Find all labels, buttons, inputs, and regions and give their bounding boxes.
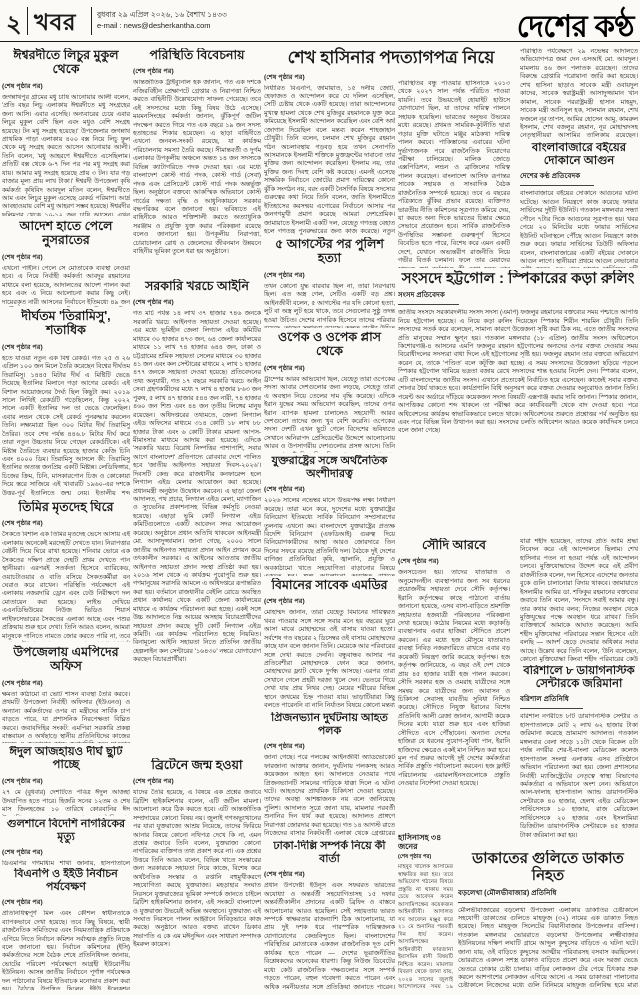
article-headline: যুক্তরাষ্ট্রের সঙ্গে অর্থনৈতিক অংশীদারত্… <box>264 455 395 480</box>
article-body: তখন কোনো যুদ্ধ বারবার ছিল না, তারা নিরপর… <box>264 283 395 328</box>
article-byline: দেশের কণ্ঠ প্রতিবেদক <box>520 171 638 186</box>
article-body: আন্তর্জাতিক ট্রাইব্যুনাল হক জানান, গত এক… <box>133 79 261 276</box>
article-headline: ডাকাতের গুলিতে ডাকাত নিহত <box>458 850 638 885</box>
continued-label: (শেষ পৃষ্ঠার পর) <box>264 71 395 83</box>
article-body: জনসচেতন হয়। তাদের যাতায়াত ও অনুমোদনহীন… <box>398 569 510 830</box>
article-body: বরিশাল নগরীতে ৮টি ডায়াগনস্টিক সেন্টার ও… <box>520 713 638 846</box>
article-headline: উপজেলায় এমপিদের অফিস <box>2 645 130 674</box>
article-headline: আদেশ হাতে পেলে নুসরাতের <box>2 219 130 248</box>
article-byline: বড়লেখা (মৌলভীবাজার) প্রতিনিধি <box>458 888 638 903</box>
article-eid-holiday: ঈদুল আজহায়ও দীর্ঘ ছুটি পাচ্ছে (শেষ পৃষ্… <box>2 746 130 816</box>
article-headline: বরিশালে ৮ ডায়াগনস্টিক সেন্টারকে জরিমানা <box>520 665 638 691</box>
continued-label: (শেষ পৃষ্ঠার পর) <box>264 362 395 374</box>
article-headline: শেখ হাসিনার পদত্যাগপত্র নিয়ে <box>264 48 518 68</box>
article-sangsad-continuation: যারা শহীদ হয়েছেন, তাদের প্রতি আমি শ্রদ্… <box>520 538 638 662</box>
article-august-police-killing: ৫ আগস্টের পর পুলিশ হত্যা (শেষ পৃষ্ঠার পর… <box>264 237 395 328</box>
article-upazila-mp-office: উপজেলায় এমপিদের অফিস (শেষ পৃষ্ঠার পর) ক… <box>2 645 130 743</box>
continued-label: (শেষ পৃষ্ঠার পর) <box>2 341 130 353</box>
article-dhaka-delhi: ঢাকা-দিল্লি সম্পর্ক নিয়ে কী বার্তা (শেষ… <box>264 840 395 990</box>
article-headline: সংসদে হট্টগোল : স্পিকারের কড়া রুলিং <box>398 270 638 287</box>
article-headline: ঈদুল আজহায়ও দীর্ঘ ছুটি পাচ্ছে <box>2 746 130 772</box>
article-hasina-resignation-continuation: পরিস্থিতির বন্ধু পাওয়ার হাসিনাকে ২০১৩ থ… <box>398 80 510 268</box>
article-headline: তিমির মৃতদেহ ঘিরে <box>2 500 130 514</box>
header-rule <box>0 41 640 42</box>
article-body: সৈকতে বিশাল এক তিমির মৃতদেহ ভেসে আসায় এ… <box>2 531 130 642</box>
article-headline: ব্রিটেনে জন্ম হওয়া <box>133 758 261 772</box>
article-headline: প্রিজনভ্যান দুর্ঘটনায় আহত পলক <box>264 712 395 737</box>
article-body: প্রতিনিধিত্বপূর্ণ মিল এবং কৌশল স্বাধীনতা… <box>2 910 130 990</box>
continued-label: (শেষ পৃষ্ঠার পর) <box>133 65 261 77</box>
article-bnp-eu-observation: বিএনপি ও ইইউ নির্বাচন পর্যবেক্ষণ (শেষ পৃ… <box>2 868 130 990</box>
header-divider <box>27 7 28 35</box>
article-body: মৌলভীবাজারের বড়লেখা উপজেলা এলাকায় ডাকা… <box>458 907 638 991</box>
article-body: ক্ষমতা কাঠামো বা ভোট শাসন ব্যবস্থা তৈরি … <box>2 691 130 743</box>
article-body: নির্ধারিত বিএনপি, জামায়াত, ১৫ দলীয় জোট… <box>264 85 395 235</box>
article-body: ২০২৬ সালের নভেম্বর মাসে উভয়পক্ষ লক্ষ্য … <box>264 497 395 576</box>
article-headline: বিমানের সাবেক এমডির <box>264 578 395 592</box>
article-body: প্রধান উপদেষ্টা ইউনূস এবং সফররত ভারতের অ… <box>264 882 395 990</box>
article-poristhiti-bibechonay: পরিস্থিতি বিবেচনায় (শেষ পৃষ্ঠার পর) আন্… <box>133 48 261 276</box>
article-body: মাহবুব খালেক আসামের স্বাক্ষরিত করা হয়। … <box>398 864 453 990</box>
article-britain-born: ব্রিটেনে জন্ম হওয়া (শেষ পৃষ্ঠার পর) যাদ… <box>133 758 261 990</box>
article-body: জানা গেছে। পরে পলকের আইনজীবী অ্যাডভোকেট … <box>264 754 395 838</box>
article-body: যারা শহীদ হয়েছেন, তাদের প্রতি আমি শ্রদ্… <box>520 538 638 662</box>
page-header: ২ খবর বুধবার ২৯ এপ্রিল ২০২৬, ১৬ বৈশাখ ১৪… <box>0 0 640 42</box>
continued-label: (শেষ পৃষ্ঠার পর) <box>2 251 130 263</box>
article-gulshan-foreigner: গুলশানে বিদেশি নাগরিকের মৃত্যু (শেষ পৃষ্… <box>2 818 130 866</box>
article-saudi-arab: সৌদি আরবে (শেষ পৃষ্ঠার পর) জনসচেতন হয়। … <box>398 538 510 830</box>
article-headline: দীর্ঘতম 'তিরামিসু', শতাধিক <box>2 309 130 338</box>
article-case-continuation: পরিস্থিতি পর্যবেক্ষণে ২৯ নভেম্বর আদালতে … <box>520 48 638 140</box>
article-headline: ৫ আগস্টের পর পুলিশ হত্যা <box>264 237 395 266</box>
article-headline: পরিস্থিতি বিবেচনায় <box>133 48 261 62</box>
article-headline: বাংলাবাজারে বইয়ের দোকানে আগুন <box>520 142 638 168</box>
article-dacoit-killed: ডাকাতের গুলিতে ডাকাত নিহত বড়লেখা (মৌলভী… <box>458 850 638 990</box>
article-headline: সৌদি আরবে <box>398 538 510 552</box>
date-email-block: বুধবার ২৯ এপ্রিল ২০২৬, ১৬ বৈশাখ ১৪৩৩ e-m… <box>97 9 227 32</box>
article-headline: ঢাকা-দিল্লি সম্পর্ক নিয়ে কী বার্তা <box>264 840 395 865</box>
continued-label: (শেষ পৃষ্ঠার পর) <box>264 595 395 607</box>
email-line: e-mail : news@desherkantha.com <box>97 20 227 31</box>
continued-label: (শেষ পৃষ্ঠার পর) <box>398 854 453 862</box>
article-headline: ঈশ্বরদীতে লিচুর মুকুল থেকে <box>2 48 130 77</box>
article-palak-prison-van: প্রিজনভ্যান দুর্ঘটনায় আহত পলক (শেষ পৃষ্… <box>264 712 395 838</box>
continued-label: (শেষ পৃষ্ঠার পর) <box>2 846 130 858</box>
section-title: খবর <box>34 4 76 43</box>
article-banglabazar-fire: বাংলাবাজারে বইয়ের দোকানে আগুন দেশের কণ্… <box>520 142 638 268</box>
article-adesh-nusrat: আদেশ হাতে পেলে নুসরাতের (শেষ পৃষ্ঠার পর)… <box>2 219 130 307</box>
article-body: মোহাম্মদ জানান, তারা যেহেতু বিমানের দায়… <box>264 609 395 710</box>
article-body: ডিএমপির গণমাধ্যম শাখা জানায়, হাসপাতালে … <box>2 860 130 866</box>
header-divider <box>91 7 92 35</box>
article-body: হতে যাওয়া নতুন এক বিশ্ব রেকর্ড। গত ২৫ ও… <box>2 355 130 497</box>
article-biman-ex-md: বিমানের সাবেক এমডির (শেষ পৃষ্ঠার পর) মোহ… <box>264 578 395 710</box>
continued-label: (শেষ পৃষ্ঠার পর) <box>133 775 261 787</box>
continued-label: (শেষ পৃষ্ঠার পর) <box>2 775 130 787</box>
article-sangsad-ruling: সংসদে হট্টগোল : স্পিকারের কড়া রুলিং সংস… <box>398 270 638 532</box>
continued-label: (শেষ পৃষ্ঠার পর) <box>2 896 130 908</box>
article-byline: সংসদ প্রতিবেদক <box>398 290 638 305</box>
continued-label: (শেষ পৃষ্ঠার পর) <box>133 296 261 308</box>
newspaper-page: ২ খবর বুধবার ২৯ এপ্রিল ২০২৬, ১৬ বৈশাখ ১৪… <box>0 0 640 995</box>
article-barishal-fine: বরিশালে ৮ ডায়াগনস্টিক সেন্টারকে জরিমানা… <box>520 665 638 846</box>
article-headline: হাসিনাসহ ৩৪ জনের <box>398 833 453 851</box>
article-whale-body: তিমির মৃতদেহ ঘিরে (শেষ পৃষ্ঠার পর) সৈকতে… <box>2 500 130 642</box>
article-headline: বিএনপি ও ইইউ নির্বাচন পর্যবেক্ষণ <box>2 868 130 893</box>
article-hasina-34-case: হাসিনাসহ ৩৪ জনের (শেষ পৃষ্ঠার পর) মাহবুব… <box>398 833 453 990</box>
article-headline: সরকারি খরচে আইনি <box>133 279 261 293</box>
continued-label: (শেষ পৃষ্ঠার পর) <box>264 483 395 495</box>
article-legal-aid: সরকারি খরচে আইনি (শেষ পৃষ্ঠার পর) গত মার… <box>133 279 261 755</box>
article-body: যাদের তৈরি হয়েছে, এ বিষয়ে এক প্রশ্নের … <box>133 789 261 990</box>
article-body: ট্রাম্পের আরব অভিযোগ ছিল, যেহেতু তারা ওপ… <box>264 376 395 453</box>
continued-label: (শেষ পৃষ্ঠার পর) <box>2 517 130 529</box>
article-ishwardi-lichu: ঈশ্বরদীতে লিচুর মুকুল থেকে (শেষ পৃষ্ঠার … <box>2 48 130 216</box>
article-headline: গুলশানে বিদেশি নাগরিকের মৃত্যু <box>2 818 130 843</box>
date-line: বুধবার ২৯ এপ্রিল ২০২৬, ১৬ বৈশাখ ১৪৩৩ <box>97 9 227 20</box>
page-number: ২ <box>6 6 22 46</box>
article-tiramisu-record: দীর্ঘতম 'তিরামিসু', শতাধিক (শেষ পৃষ্ঠার … <box>2 309 130 497</box>
article-body: ২৭ মে (বুধবার) দেশটিতে পবিত্র ঈদুল আজহা … <box>2 789 130 816</box>
article-headline: ওপেক ও ওপেক প্লাস থেকে <box>264 330 395 359</box>
article-byline: বরিশাল প্রতিনিধি <box>520 694 638 709</box>
article-body: পরিস্থিতি পর্যবেক্ষণে ২৯ নভেম্বর আদালতে … <box>520 48 638 140</box>
article-body: এখনো পাইনি। পেলে সে মোতাবেক ব্যবস্থা নেও… <box>2 265 130 307</box>
article-body: গত মার্চ পর্যন্ত ১৪ লাখ ৩৭ হাজার ৭৪৬ জনক… <box>133 310 261 755</box>
article-body: জাতীয় সংসদে সরকারদলীয় সংসদ সদস্য (এমপি… <box>398 309 638 532</box>
article-hasina-resignation: শেখ হাসিনার পদত্যাগপত্র নিয়ে (শেষ পৃষ্ঠ… <box>264 48 395 235</box>
article-us-partnership: যুক্তরাষ্ট্রের সঙ্গে অর্থনৈতিক অংশীদারত্… <box>264 455 395 576</box>
continued-label: (শেষ পৃষ্ঠার পর) <box>264 269 395 281</box>
continued-label: (শেষ পৃষ্ঠার পর) <box>264 868 395 880</box>
article-body: বাংলাবাজারে বইয়ের দোকানে আগুনের ঘটনা ঘট… <box>520 190 638 268</box>
continued-label: (শেষ পৃষ্ঠার পর) <box>398 555 510 567</box>
continued-label: (শেষ পৃষ্ঠার পর) <box>2 677 130 689</box>
article-body: পরিস্থিতির বন্ধু পাওয়ার হাসিনাকে ২০১৩ থ… <box>398 80 510 268</box>
article-body: জগন্নাথপুর গ্রামের মধু চাষি আনোয়ার আলী … <box>2 94 130 216</box>
continued-label: (শেষ পৃষ্ঠার পর) <box>2 80 130 92</box>
newspaper-masthead-logo: দেশের কণ্ঠ <box>517 3 634 54</box>
article-opec: ওপেক ও ওপেক প্লাস থেকে (শেষ পৃষ্ঠার পর) … <box>264 330 395 453</box>
continued-label: (শেষ পৃষ্ঠার পর) <box>264 740 395 752</box>
